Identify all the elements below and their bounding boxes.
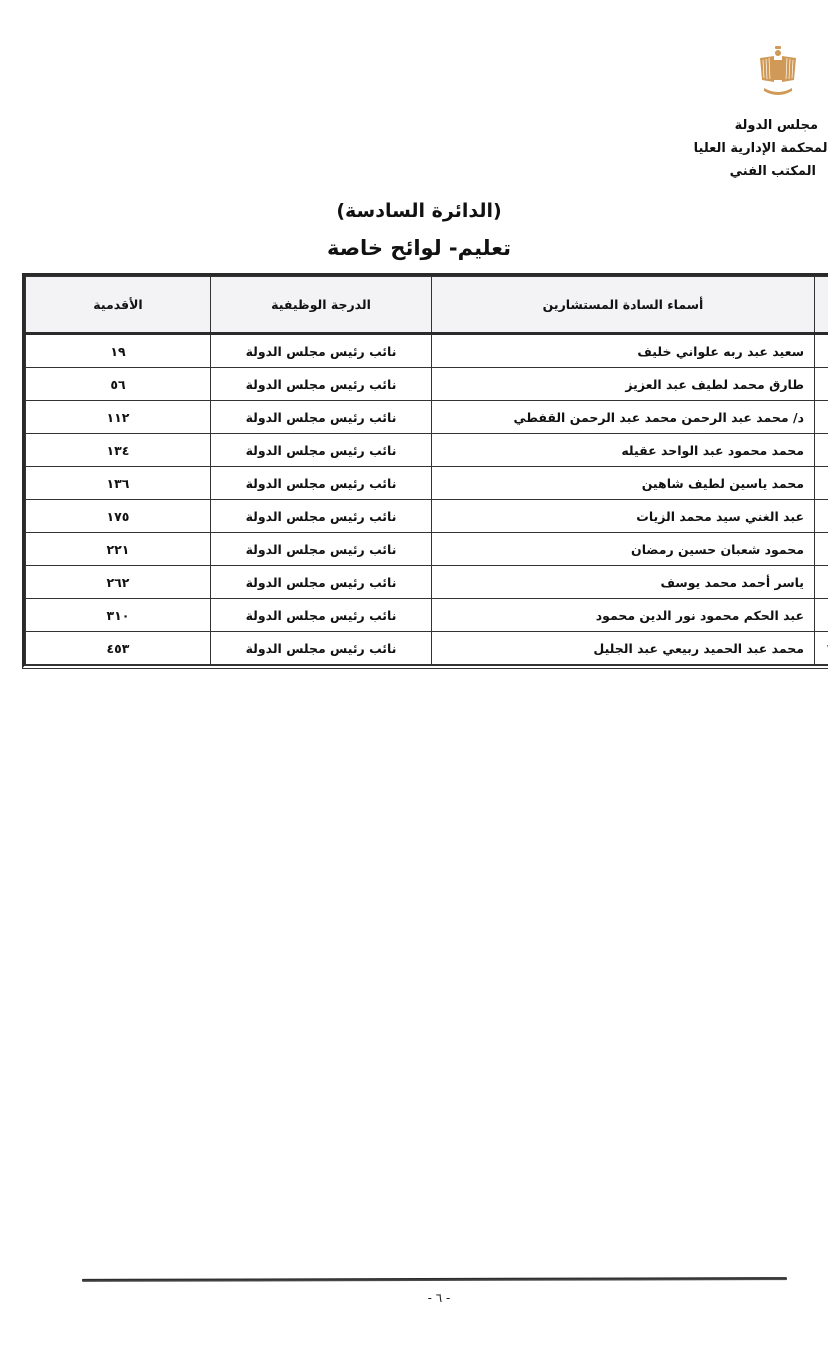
counselor-name: طارق محمد لطيف عبد العزيز <box>432 368 815 401</box>
seniority: ٤٥٣ <box>26 632 211 665</box>
counselor-name: سعيد عبد ربه علواني خليف <box>432 334 815 368</box>
job-grade: نائب رئيس مجلس الدولة <box>211 467 432 500</box>
counselor-name: محمد ياسين لطيف شاهين <box>432 467 815 500</box>
table-row: ٨ ياسر أحمد محمد يوسف نائب رئيس مجلس الد… <box>26 566 828 599</box>
job-grade: نائب رئيس مجلس الدولة <box>211 401 432 434</box>
row-number: ٣ <box>815 401 828 434</box>
table-header-row: أسماء السادة المستشارين الدرجة الوظيفية … <box>26 277 828 334</box>
job-grade: نائب رئيس مجلس الدولة <box>211 533 432 566</box>
counselor-name: د/ محمد عبد الرحمن محمد عبد الرحمن القفط… <box>432 401 815 434</box>
row-number: ١ <box>815 334 828 368</box>
counselor-name: محمد عبد الحميد ربيعي عبد الجليل <box>432 632 815 665</box>
page-number: - ٦ - <box>0 1291 828 1305</box>
table-row: ٧ محمود شعبان حسين رمضان نائب رئيس مجلس … <box>26 533 828 566</box>
job-grade: نائب رئيس مجلس الدولة <box>211 368 432 401</box>
seniority: ١١٢ <box>26 401 211 434</box>
seniority: ١٧٥ <box>26 500 211 533</box>
org-line-office: المكتب الفني <box>694 160 816 183</box>
table-row: ١ سعيد عبد ربه علواني خليف نائب رئيس مجل… <box>26 334 828 368</box>
row-number: ٥ <box>815 467 828 500</box>
counselor-name: محمد محمود عبد الواحد عقيله <box>432 434 815 467</box>
seniority: ٣١٠ <box>26 599 211 632</box>
counselor-name: محمود شعبان حسين رمضان <box>432 533 815 566</box>
job-grade: نائب رئيس مجلس الدولة <box>211 334 432 368</box>
row-number: ٢ <box>815 368 828 401</box>
seniority: ١٣٤ <box>26 434 211 467</box>
job-grade: نائب رئيس مجلس الدولة <box>211 500 432 533</box>
table-row: ٤ محمد محمود عبد الواحد عقيله نائب رئيس … <box>26 434 828 467</box>
job-grade: نائب رئيس مجلس الدولة <box>211 632 432 665</box>
counselor-name: ياسر أحمد محمد يوسف <box>432 566 815 599</box>
job-grade: نائب رئيس مجلس الدولة <box>211 599 432 632</box>
row-number: ٦ <box>815 500 828 533</box>
table-row: ٩ عبد الحكم محمود نور الدين محمود نائب ر… <box>26 599 828 632</box>
circuit-title: (الدائرة السادسة) <box>0 200 828 222</box>
table-row: ١٠ محمد عبد الحميد ربيعي عبد الجليل نائب… <box>26 632 828 665</box>
subject-title: تعليم- لوائح خاصة <box>0 236 828 260</box>
organization-header: مجلس الدولة المحكمة الإدارية العليا المك… <box>694 114 818 183</box>
row-number: ٩ <box>815 599 828 632</box>
table-row: ٢ طارق محمد لطيف عبد العزيز نائب رئيس مج… <box>26 368 828 401</box>
seniority: ٢٢١ <box>26 533 211 566</box>
job-grade: نائب رئيس مجلس الدولة <box>211 434 432 467</box>
column-header-names: أسماء السادة المستشارين <box>432 277 815 334</box>
counselors-table: أسماء السادة المستشارين الدرجة الوظيفية … <box>22 273 828 669</box>
table-row: ٥ محمد ياسين لطيف شاهين نائب رئيس مجلس ا… <box>26 467 828 500</box>
row-number: ١٠ <box>815 632 828 665</box>
seniority: ٥٦ <box>26 368 211 401</box>
seniority: ١٣٦ <box>26 467 211 500</box>
table-row: ٣ د/ محمد عبد الرحمن محمد عبد الرحمن الق… <box>26 401 828 434</box>
counselor-name: عبد الحكم محمود نور الدين محمود <box>432 599 815 632</box>
table-row: ٦ عبد الغني سيد محمد الزيات نائب رئيس مج… <box>26 500 828 533</box>
org-line-court: المحكمة الإدارية العليا <box>694 137 828 160</box>
column-header-grade: الدرجة الوظيفية <box>211 277 432 334</box>
row-number: ٤ <box>815 434 828 467</box>
org-line-council: مجلس الدولة <box>694 114 818 137</box>
job-grade: نائب رئيس مجلس الدولة <box>211 566 432 599</box>
seniority: ١٩ <box>26 334 211 368</box>
row-number: ٨ <box>815 566 828 599</box>
column-header-seniority: الأقدمية <box>26 277 211 334</box>
counselor-name: عبد الغني سيد محمد الزيات <box>432 500 815 533</box>
column-header-number <box>815 277 828 334</box>
row-number: ٧ <box>815 533 828 566</box>
seniority: ٢٦٢ <box>26 566 211 599</box>
footer-divider <box>82 1277 787 1282</box>
egypt-eagle-emblem-icon <box>756 44 800 100</box>
